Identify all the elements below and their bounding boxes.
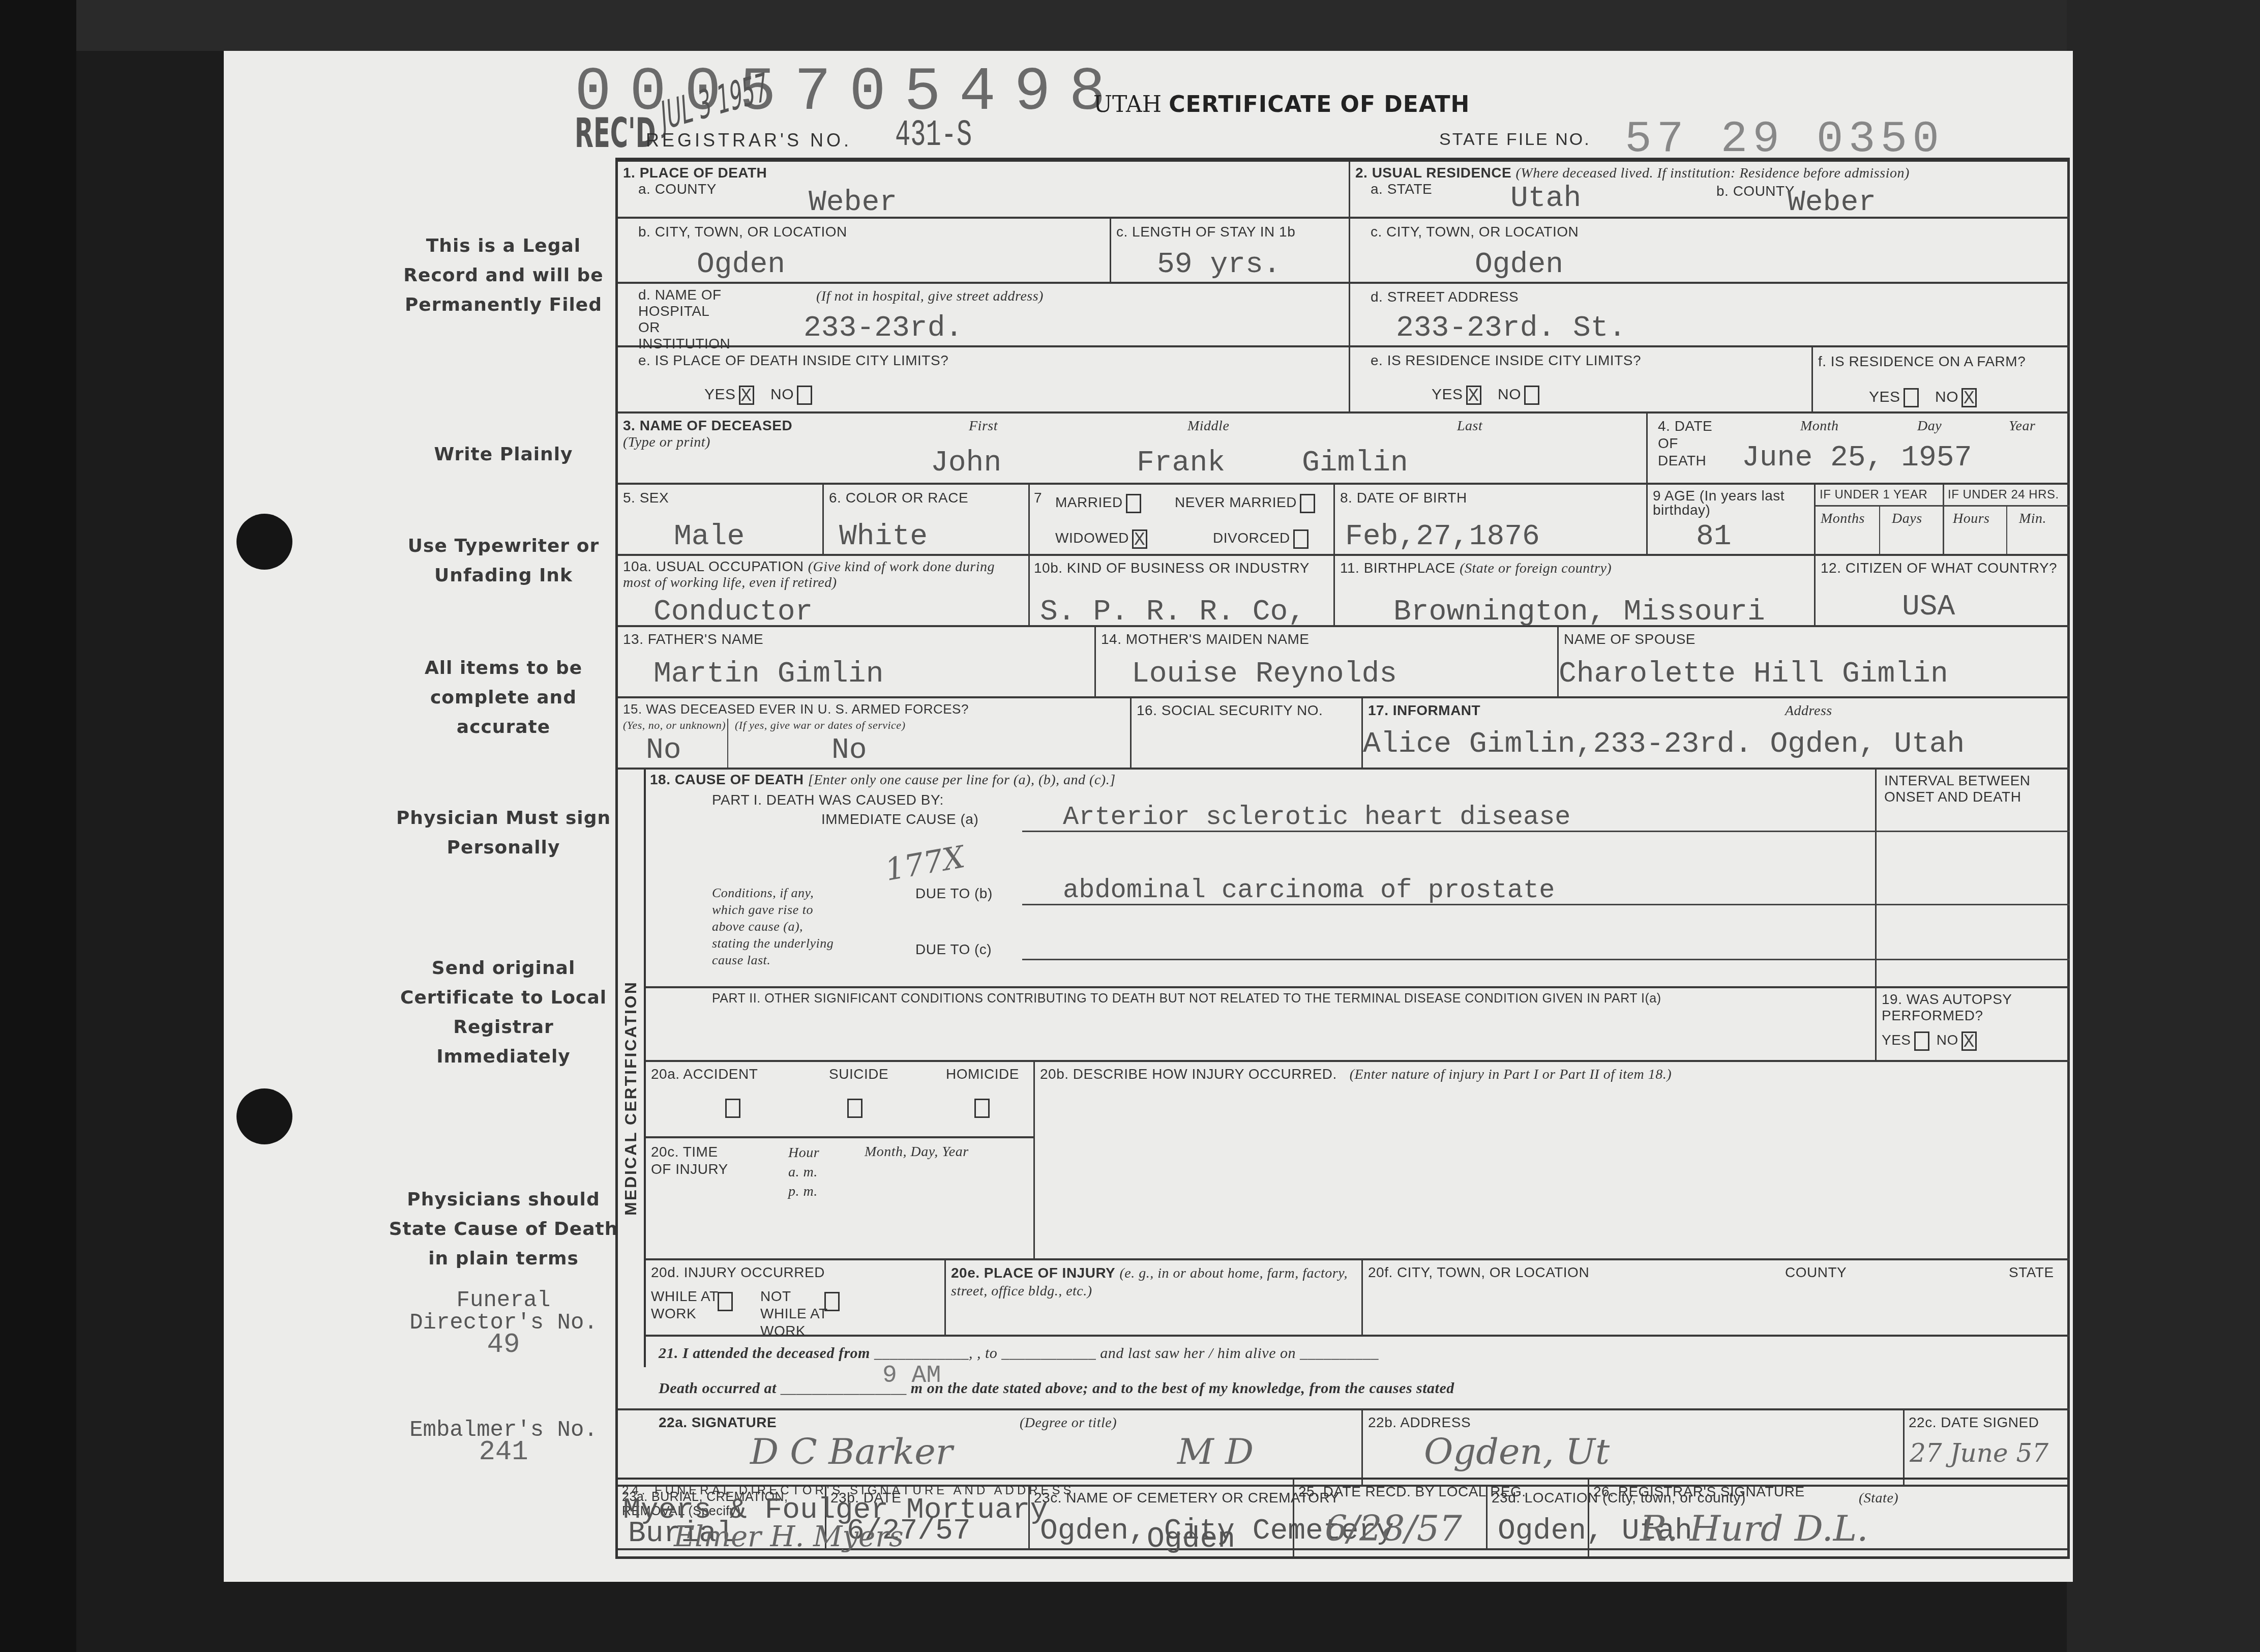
divorced-option: DIVORCED <box>1213 529 1312 549</box>
citizen-value: USA <box>1902 591 1955 624</box>
signature-label: 22a. SIGNATURE <box>659 1414 777 1431</box>
first-label: First <box>969 418 998 434</box>
funeral-registrar-row: 24. FUNERAL DIRECTOR'S SIGNATURE AND ADD… <box>615 1478 2070 1559</box>
field-funeral-director: 24. FUNERAL DIRECTOR'S SIGNATURE AND ADD… <box>618 1480 1294 1557</box>
field-mother: 14. MOTHER'S MAIDEN NAME Louise Reynolds <box>1096 627 1559 698</box>
am-label: a. m. <box>788 1164 818 1181</box>
injury-county-label: COUNTY <box>1785 1264 1847 1281</box>
death-date-label: 4. DATE OF DEATH <box>1658 418 1719 469</box>
day-label: Day <box>1917 418 1942 434</box>
field-under-age: IF UNDER 1 YEAR IF UNDER 24 HRS. Months … <box>1816 485 2070 556</box>
registrar-no: 431-S <box>895 114 972 156</box>
age-value: 81 <box>1696 520 1732 553</box>
father-value: Martin Gimlin <box>653 658 883 691</box>
injury-occurred-label: 20d. INJURY OCCURRED <box>651 1264 825 1281</box>
residence-inside-limits-options: YESX NO <box>1432 386 1542 405</box>
accident-checkbox[interactable] <box>725 1099 740 1118</box>
field-sex: 5. SEX Male <box>618 485 824 556</box>
residence-label: 2. USUAL RESIDENCE (Where deceased lived… <box>1355 165 1910 182</box>
spouse-value: Charolette Hill Gimlin <box>1559 658 1948 691</box>
stamp-number: 0005705498 <box>575 58 1124 128</box>
race-value: White <box>839 520 928 553</box>
mother-value: Louise Reynolds <box>1132 658 1397 691</box>
place-injury-label: 20e. PLACE OF INJURY (e. g., in or about… <box>951 1264 1353 1300</box>
field-death-city: b. CITY, TOWN, OR LOCATION Ogden <box>618 219 1111 284</box>
not-while-work-checkbox[interactable] <box>824 1292 840 1311</box>
funeral-director-no-block: Funeral Director's No. 49 <box>386 1289 620 1356</box>
residence-inside-limits-label: e. IS RESIDENCE INSIDE CITY LIMITS? <box>1371 352 1641 369</box>
hole-punch-icon <box>236 514 292 570</box>
residence-state-value: Utah <box>1510 182 1581 215</box>
field-age: 9 AGE (In years last birthday) 81 <box>1648 485 1816 556</box>
occupation-label: 10a. USUAL OCCUPATION (Give kind of work… <box>623 559 1025 591</box>
residence-inside-yes-checkbox[interactable]: X <box>1466 386 1481 405</box>
field-death-inside-limits: e. IS PLACE OF DEATH INSIDE CITY LIMITS?… <box>618 347 1350 414</box>
armed-hint-1: (Yes, no, or unknown) <box>623 719 726 732</box>
armed-hint-2: (If yes, give war or dates of service) <box>735 719 905 732</box>
date-signed-value: 27 June 57 <box>1910 1438 2048 1468</box>
field-length-of-stay: c. LENGTH OF STAY IN 1b 59 yrs. <box>1111 219 1350 284</box>
margin-note-legal: This is a Legal Record and will be Perma… <box>386 231 620 320</box>
occupation-value: Conductor <box>653 596 813 629</box>
informant-address-label: Address <box>1785 702 1832 719</box>
birth-label: 8. DATE OF BIRTH <box>1340 490 1467 506</box>
last-name-value: Gimlin <box>1302 447 1408 480</box>
married-option: MARRIED <box>1055 494 1144 513</box>
death-date-value: June 25, 1957 <box>1742 441 1972 475</box>
death-inside-limits-label: e. IS PLACE OF DEATH INSIDE CITY LIMITS? <box>638 352 948 369</box>
race-label: 6. COLOR OR RACE <box>829 490 968 506</box>
never-married-checkbox[interactable] <box>1300 494 1315 513</box>
age-label: 9 AGE (In years last birthday) <box>1653 489 1800 517</box>
field-residence-state-county: 2. USUAL RESIDENCE (Where deceased lived… <box>1350 162 2070 219</box>
suicide-checkbox[interactable] <box>847 1099 863 1118</box>
mother-label: 14. MOTHER'S MAIDEN NAME <box>1101 631 1309 647</box>
widowed-option: WIDOWEDX <box>1055 529 1150 549</box>
date-signed-label: 22c. DATE SIGNED <box>1909 1414 2039 1431</box>
medical-certification-label: MEDICAL CERTIFICATION <box>621 981 640 1216</box>
interval-line-a <box>1877 831 2070 832</box>
married-checkbox[interactable] <box>1126 494 1141 513</box>
year-label: Year <box>2009 418 2035 434</box>
date-received-value: 6/28/57 <box>1325 1508 1462 1549</box>
degree-label: (Degree or title) <box>1020 1414 1117 1431</box>
funeral-director-no: 49 <box>386 1334 620 1356</box>
middle-name-value: Frank <box>1137 447 1225 480</box>
funeral-director-label: Funeral Director's No. <box>386 1289 620 1334</box>
field-citizenship: 12. CITIZEN OF WHAT COUNTRY? USA <box>1816 556 2070 627</box>
field-death-county: 1. PLACE OF DEATH a. COUNTY Weber <box>618 162 1350 219</box>
residence-inside-no-checkbox[interactable] <box>1524 386 1539 405</box>
title-text: CERTIFICATE OF DEATH <box>1169 92 1470 117</box>
field-industry: 10b. KIND OF BUSINESS OR INDUSTRY S. P. … <box>1030 556 1335 627</box>
spouse-label: NAME OF SPOUSE <box>1564 631 1696 647</box>
stay-value: 59 yrs. <box>1157 248 1281 281</box>
field-attendance: 21. I attended the deceased from _______… <box>618 1337 2070 1410</box>
field-date-received: 25. DATE RECD. BY LOCAL REG. 6/28/57 <box>1294 1480 1589 1557</box>
death-time-value: 9 AM <box>882 1362 941 1390</box>
conditions-label: Conditions, if any, which gave rise to a… <box>712 884 834 968</box>
field-part2: PART II. OTHER SIGNIFICANT CONDITIONS CO… <box>646 988 1877 1062</box>
margin-note-physician-sign: Physician Must sign Personally <box>386 804 620 863</box>
field-injury-description: 20b. DESCRIBE HOW INJURY OCCURRED. (Ente… <box>1035 1062 2070 1260</box>
funeral-city-value: Ogden <box>1147 1523 1235 1556</box>
residence-county-value: Weber <box>1788 186 1876 219</box>
farm-no-checkbox[interactable]: X <box>1961 388 1977 407</box>
field-residence-farm: f. IS RESIDENCE ON A FARM? YES NOX <box>1813 347 2070 414</box>
stay-label: c. LENGTH OF STAY IN 1b <box>1116 224 1295 240</box>
field-hospital: d. NAME OF HOSPITAL OR INSTITUTION (If n… <box>618 284 1350 347</box>
margin-note-cause-plain: Physicians should State Cause of Death i… <box>386 1185 620 1274</box>
hospital-label: d. NAME OF HOSPITAL OR INSTITUTION <box>638 287 725 352</box>
death-city-label: b. CITY, TOWN, OR LOCATION <box>638 224 847 240</box>
injury-state-label: STATE <box>2009 1264 2054 1281</box>
address-label: 22b. ADDRESS <box>1368 1414 1471 1431</box>
hospital-hint: (If not in hospital, give street address… <box>816 288 1044 305</box>
field-birthplace: 11. BIRTHPLACE (State or foreign country… <box>1335 556 1816 627</box>
month-label: Month <box>1800 418 1839 434</box>
residence-city-label: c. CITY, TOWN, OR LOCATION <box>1371 224 1579 240</box>
father-label: 13. FATHER'S NAME <box>623 631 763 647</box>
field-date-signed: 22c. DATE SIGNED 27 June 57 <box>1905 1410 2070 1487</box>
embalmer-no-block: Embalmer's No. 241 <box>386 1419 620 1464</box>
field-date-of-death: 4. DATE OF DEATH Month Day Year June 25,… <box>1648 414 2070 485</box>
residence-state-label: a. STATE <box>1371 181 1432 197</box>
industry-value: S. P. R. R. Co, <box>1040 596 1305 629</box>
immediate-label: IMMEDIATE CAUSE (a) <box>821 811 978 828</box>
field-manner-of-death: 20a. ACCIDENT SUICIDE HOMICIDE <box>646 1062 1035 1138</box>
sex-label: 5. SEX <box>623 490 669 506</box>
while-work-checkbox[interactable] <box>718 1292 733 1311</box>
birthplace-label: 11. BIRTHPLACE (State or foreign country… <box>1340 560 1612 577</box>
interval-line-b <box>1877 904 2070 905</box>
under1-label: IF UNDER 1 YEAR <box>1820 488 1927 502</box>
registrar-signature: R. Hurd D.L. <box>1640 1508 1868 1549</box>
armed-war-value: No <box>831 734 867 767</box>
field-injury-location: 20f. CITY, TOWN, OR LOCATION COUNTY STAT… <box>1363 1260 2070 1337</box>
field-deceased-name: 3. NAME OF DECEASED(Type or print) First… <box>618 414 1648 485</box>
immediate-cause-value: Arterior sclerotic heart disease <box>1063 802 1571 832</box>
physician-degree: M D <box>1177 1431 1254 1472</box>
homicide-label: HOMICIDE <box>946 1066 1019 1082</box>
scan-background-right <box>2067 0 2260 1652</box>
deceased-name-label: 3. NAME OF DECEASED(Type or print) <box>623 418 792 451</box>
field-race: 6. COLOR OR RACE White <box>824 485 1030 556</box>
accident-label: 20a. ACCIDENT <box>651 1066 758 1082</box>
field-ssn: 16. SOCIAL SECURITY NO. <box>1132 698 1363 770</box>
marital-label: 7 <box>1034 490 1042 506</box>
farm-options: YES NOX <box>1869 388 1980 407</box>
under24-label: IF UNDER 24 HRS. <box>1948 488 2059 502</box>
autopsy-no-checkbox[interactable]: X <box>1961 1031 1977 1051</box>
death-certificate-form: 1. PLACE OF DEATH a. COUNTY Weber 2. USU… <box>615 158 2070 1559</box>
margin-note-typewriter: Use Typewriter or Unfading Ink <box>386 532 620 591</box>
death-occurred-statement: Death occurred at ________________ m on … <box>659 1380 1454 1397</box>
birth-value: Feb,27,1876 <box>1345 520 1540 553</box>
state-file-label: STATE FILE NO. <box>1439 130 1591 150</box>
margin-note-complete: All items to be complete and accurate <box>386 654 620 742</box>
interval-label: INTERVAL BETWEEN ONSET AND DEATH <box>1884 773 2057 805</box>
field-father: 13. FATHER'S NAME Martin Gimlin <box>618 627 1096 698</box>
field-cause-of-death: 18. CAUSE OF DEATH [Enter only one cause… <box>646 770 1877 988</box>
homicide-checkbox[interactable] <box>974 1099 990 1118</box>
registrar-signature-label: 26. REGISTRAR'S SIGNATURE <box>1593 1484 1805 1500</box>
scan-background-top <box>76 0 2067 51</box>
due-b-label: DUE TO (b) <box>915 886 993 902</box>
scan-background-left <box>0 0 76 1652</box>
attended-statement: 21. I attended the deceased from _______… <box>659 1345 1379 1362</box>
death-county-value: Weber <box>809 186 897 219</box>
never-married-option: NEVER MARRIED <box>1175 494 1318 513</box>
physician-signature: D C Barker <box>750 1431 953 1472</box>
due-b-value: abdominal carcinoma of prostate <box>1063 875 1555 905</box>
field-informant: 17. INFORMANT Address Alice Gimlin,233-2… <box>1363 698 2070 770</box>
injury-city-label: 20f. CITY, TOWN, OR LOCATION <box>1368 1264 1589 1281</box>
autopsy-options: YES NOX <box>1882 1031 1980 1051</box>
death-inside-no-checkbox[interactable] <box>797 386 812 405</box>
part1-label: PART I. DEATH WAS CAUSED BY: <box>712 792 944 808</box>
middle-label: Middle <box>1187 418 1229 434</box>
hours-label: Hours <box>1953 510 1990 527</box>
interval-line-c <box>1877 959 2070 960</box>
field-marital-status: 7 MARRIED NEVER MARRIED WIDOWEDX DIVORCE… <box>1030 485 1335 556</box>
field-street-address: d. STREET ADDRESS 233-23rd. St. <box>1350 284 2070 347</box>
hole-punch-icon <box>236 1088 292 1144</box>
field-injury-occurred: 20d. INJURY OCCURRED WHILE AT WORK NOT W… <box>646 1260 946 1337</box>
residence-city-value: Ogden <box>1475 248 1563 281</box>
farm-label: f. IS RESIDENCE ON A FARM? <box>1818 353 2026 370</box>
hospital-value: 233-23rd. <box>804 312 963 345</box>
field-time-of-injury: 20c. TIME OF INJURY Hour a. m. p. m. Mon… <box>646 1138 1035 1260</box>
field-registrar-signature: 26. REGISTRAR'S SIGNATURE R. Hurd D.L. <box>1589 1480 2070 1557</box>
sex-value: Male <box>674 520 745 553</box>
mdy-label: Month, Day, Year <box>865 1143 969 1160</box>
part2-label: PART II. OTHER SIGNIFICANT CONDITIONS CO… <box>712 991 1661 1006</box>
divorced-checkbox[interactable] <box>1293 529 1309 549</box>
suicide-label: SUICIDE <box>829 1066 888 1082</box>
last-label: Last <box>1457 418 1482 434</box>
field-armed-forces: 15. WAS DECEASED EVER IN U. S. ARMED FOR… <box>618 698 1132 770</box>
autopsy-yes-checkbox[interactable] <box>1914 1031 1929 1051</box>
coder-annotation: 177X <box>882 839 967 888</box>
days-label: Days <box>1892 510 1922 527</box>
death-county-label: a. COUNTY <box>638 181 717 197</box>
field-autopsy: 19. WAS AUTOPSY PERFORMED? YES NOX <box>1877 988 2070 1062</box>
received-stamp: REC'D <box>575 109 656 157</box>
informant-value: Alice Gimlin,233-23rd. Ogden, Utah <box>1363 728 1965 761</box>
death-city-value: Ogden <box>697 248 785 281</box>
field-residence-city: c. CITY, TOWN, OR LOCATION Ogden <box>1350 219 2070 284</box>
informant-label: 17. INFORMANT <box>1368 702 1480 719</box>
min-label: Min. <box>2019 510 2046 527</box>
death-inside-yes-checkbox[interactable]: X <box>739 386 754 405</box>
injury-desc-label: 20b. DESCRIBE HOW INJURY OCCURRED. (Ente… <box>1040 1066 1672 1083</box>
margin-note-write-plainly: Write Plainly <box>386 440 620 469</box>
injury-time-label: 20c. TIME OF INJURY <box>651 1143 737 1178</box>
widowed-checkbox[interactable]: X <box>1132 529 1147 549</box>
residence-county-label: b. COUNTY <box>1716 183 1795 199</box>
cause-label: 18. CAUSE OF DEATH [Enter only one cause… <box>650 772 1116 788</box>
death-inside-limits-options: YESX NO <box>704 386 815 405</box>
funeral-director-signature: Elmer H. Myers <box>674 1520 904 1553</box>
place-death-label: 1. PLACE OF DEATH <box>623 165 767 181</box>
street-value: 233-23rd. St. <box>1396 312 1626 345</box>
first-name-value: John <box>931 447 1001 480</box>
armed-label: 15. WAS DECEASED EVER IN U. S. ARMED FOR… <box>623 701 969 717</box>
ssn-label: 16. SOCIAL SECURITY NO. <box>1137 702 1323 719</box>
months-label: Months <box>1821 510 1865 527</box>
field-occupation: 10a. USUAL OCCUPATION (Give kind of work… <box>618 556 1030 627</box>
armed-value: No <box>646 734 681 767</box>
field-physician-address: 22b. ADDRESS Ogden, Ut <box>1363 1410 1905 1487</box>
citizen-label: 12. CITIZEN OF WHAT COUNTRY? <box>1821 560 2057 576</box>
margin-note-send-original: Send original Certificate to Local Regis… <box>386 954 620 1072</box>
industry-label: 10b. KIND OF BUSINESS OR INDUSTRY <box>1034 560 1310 576</box>
page-title: UTAH CERTIFICATE OF DEATH <box>1093 92 1470 117</box>
physician-address: Ogden, Ut <box>1424 1431 1610 1472</box>
field-spouse: NAME OF SPOUSE Charolette Hill Gimlin <box>1559 627 2070 698</box>
street-label: d. STREET ADDRESS <box>1371 289 1519 305</box>
field-date-of-birth: 8. DATE OF BIRTH Feb,27,1876 <box>1335 485 1648 556</box>
pm-label: p. m. <box>788 1183 818 1200</box>
while-work-label: WHILE AT WORK <box>651 1288 722 1322</box>
injury-hour-label: Hour <box>788 1143 819 1162</box>
due-c-line <box>1022 959 1877 960</box>
farm-yes-checkbox[interactable] <box>1904 388 1919 407</box>
registrar-no-label: REGISTRAR'S NO. <box>646 130 852 151</box>
date-received-label: 25. DATE RECD. BY LOCAL REG. <box>1298 1484 1526 1500</box>
title-state: UTAH <box>1093 92 1162 117</box>
embalmer-no: 241 <box>386 1441 620 1464</box>
due-c-label: DUE TO (c) <box>915 941 992 958</box>
field-place-of-injury: 20e. PLACE OF INJURY (e. g., in or about… <box>946 1260 1363 1337</box>
birthplace-value: Brownington, Missouri <box>1393 596 1765 629</box>
autopsy-label: 19. WAS AUTOPSY PERFORMED? <box>1882 991 2024 1024</box>
field-residence-inside-limits: e. IS RESIDENCE INSIDE CITY LIMITS? YESX… <box>1350 347 1813 414</box>
field-physician-signature: 22a. SIGNATURE (Degree or title) D C Bar… <box>618 1410 1363 1487</box>
field-interval: INTERVAL BETWEEN ONSET AND DEATH <box>1877 770 2070 988</box>
